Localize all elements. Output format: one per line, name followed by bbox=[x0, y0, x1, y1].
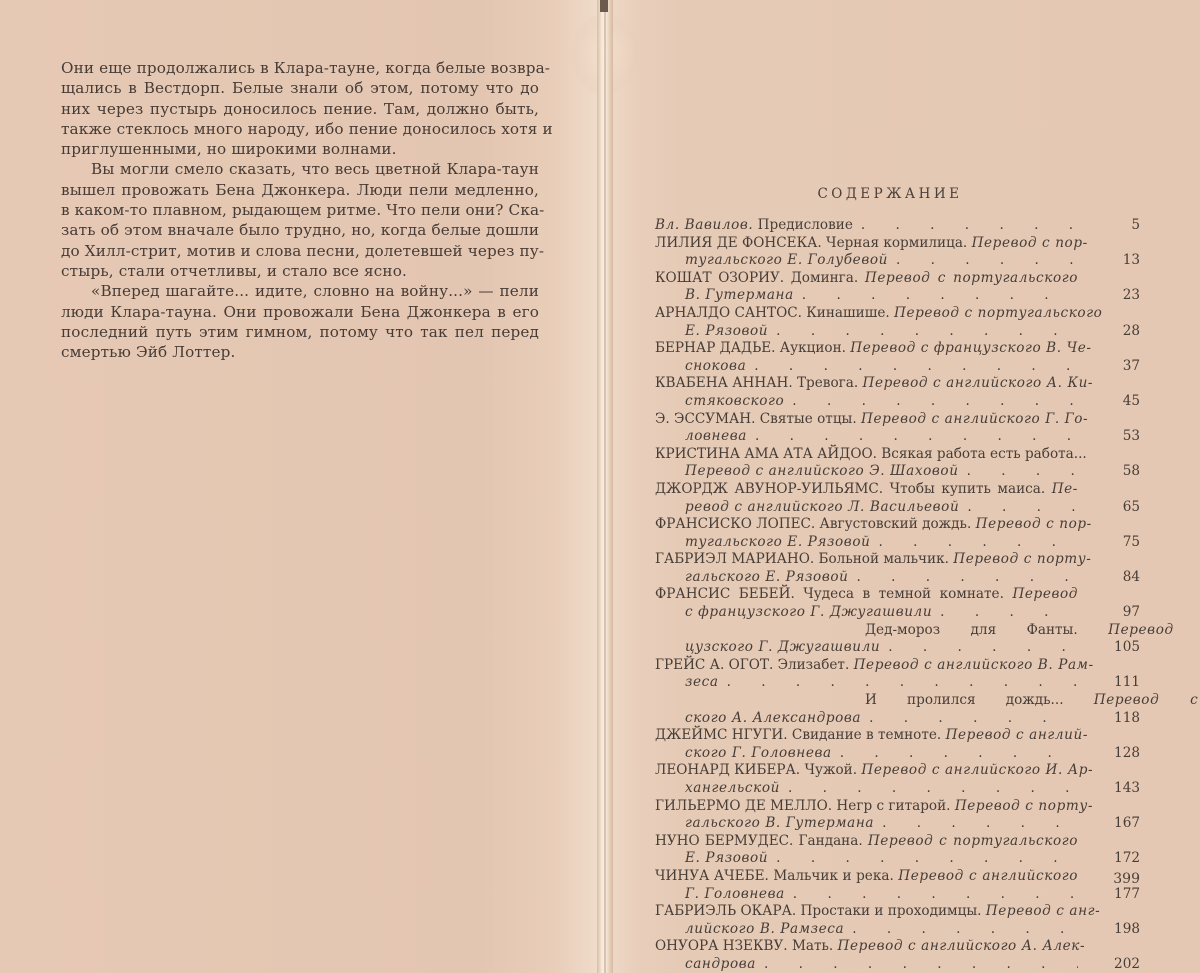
toc-line: ОНУОРА НЗЕКВУ. Мать. Перевод с английско… bbox=[655, 938, 1078, 956]
dot-leader: . . . . . . . . . . . . . . . . . . . . … bbox=[788, 780, 1078, 798]
dot-leader: . . . . . . . . . . . . . . . . . . . . … bbox=[940, 604, 1078, 622]
toc-translator: ловнева bbox=[685, 428, 747, 444]
toc-line: ГРЕЙС А. ОГОТ. Элизабет. Перевод с англи… bbox=[655, 657, 1078, 675]
dot-leader: . . . . . . . . . . . . . . . . . . . . … bbox=[754, 358, 1078, 376]
toc-translator: снокова bbox=[685, 358, 746, 374]
toc-line: КВАБЕНА АННАН. Тревога. Перевод с англий… bbox=[655, 375, 1078, 393]
toc-author-title: ОНУОРА НЗЕКВУ. Мать. bbox=[655, 938, 838, 954]
toc-page-number: 75 bbox=[1095, 534, 1140, 552]
toc-entry[interactable]: И пролился дождь... Перевод с англий-ско… bbox=[655, 692, 1140, 727]
toc-line: И пролился дождь... Перевод с англий- bbox=[655, 692, 1200, 710]
toc-line: Г. Головнева. . . . . . . . . . . . . . … bbox=[655, 886, 1140, 904]
toc-author-title: ЛЕОНАРД КИБЕРА. Чужой. bbox=[655, 762, 861, 778]
toc-line: гальского В. Гутермана. . . . . . . . . … bbox=[655, 815, 1140, 833]
toc-translator: Перевод с французского В. Че- bbox=[850, 340, 1091, 356]
toc-translator: Перевод с английского В. Рам- bbox=[854, 657, 1094, 673]
toc-translator: тугальского Е. Голубевой bbox=[685, 252, 888, 268]
toc-line: ГАБРИЭЛ МАРИАНО. Больной мальчик. Перево… bbox=[655, 551, 1078, 569]
toc-line: ского Г. Головнева. . . . . . . . . . . … bbox=[655, 745, 1140, 763]
dot-leader: . . . . . . . . . . . . . . . . . . . . … bbox=[882, 815, 1078, 833]
toc-page-number: 23 bbox=[1095, 287, 1140, 305]
dot-leader: . . . . . . . . . . . . . . . . . . . . … bbox=[802, 287, 1078, 305]
toc-translator: Перевод с пор- bbox=[972, 235, 1088, 251]
text-line: зать об этом вначале было трудно, но, ко… bbox=[61, 220, 539, 240]
toc-translator: Перевод с английского А. Алек- bbox=[838, 938, 1086, 954]
toc-translator: цузского Г. Джугашвили bbox=[685, 639, 880, 655]
text-line: до Хилл-стрит, мотив и слова песни, доле… bbox=[61, 241, 539, 261]
toc-line: хангельской. . . . . . . . . . . . . . .… bbox=[655, 780, 1140, 798]
paragraph: «Вперед шагайте... идите, словно на войн… bbox=[61, 281, 539, 362]
toc-translator: Перевод с анг- bbox=[986, 903, 1101, 919]
dot-leader: . . . . . . . . . . . . . . . . . . . . … bbox=[793, 886, 1078, 904]
toc-translator: Перевод с порту- bbox=[955, 798, 1093, 814]
toc-entry[interactable]: ГРЕЙС А. ОГОТ. Элизабет. Перевод с англи… bbox=[655, 657, 1140, 692]
text-line: приглушенными, но широкими волнами. bbox=[61, 139, 539, 159]
toc-translator: Перевод с английского Г. Го- bbox=[861, 411, 1088, 427]
toc-line: ЛЕОНАРД КИБЕРА. Чужой. Перевод с английс… bbox=[655, 762, 1078, 780]
toc-translator: стяковского bbox=[685, 393, 784, 409]
table-of-contents: Вл. Вавилов. Предисловие. . . . . . . . … bbox=[655, 217, 1140, 973]
toc-line: АРНАЛДО САНТОС. Кинашише. Перевод с порт… bbox=[655, 305, 1078, 323]
toc-author-title: ГРЕЙС А. ОГОТ. Элизабет. bbox=[655, 657, 854, 673]
toc-page-number: 84 bbox=[1095, 569, 1140, 587]
toc-entry[interactable]: Дед-мороз для Фанты. Перевод с фран-цузс… bbox=[655, 622, 1140, 657]
dot-leader: . . . . . . . . . . . . . . . . . . . . … bbox=[852, 921, 1078, 939]
toc-entry[interactable]: ЧИНУА АЧЕБЕ. Мальчик и река. Перевод с а… bbox=[655, 868, 1140, 903]
toc-translator: Перевод bbox=[1012, 586, 1078, 602]
toc-author-title: КОШАТ ОЗОРИУ. Доминга. bbox=[655, 270, 865, 286]
toc-line: В. Гутермана. . . . . . . . . . . . . . … bbox=[655, 287, 1140, 305]
toc-page-number: 5 bbox=[1095, 217, 1140, 235]
toc-author-title: ДЖЕЙМС НГУГИ. Свидание в темноте. bbox=[655, 727, 946, 743]
toc-page-number: 37 bbox=[1095, 358, 1140, 376]
toc-translator: ского Г. Головнева bbox=[685, 745, 832, 761]
dot-leader: . . . . . . . . . . . . . . . . . . . . … bbox=[967, 499, 1078, 517]
toc-author-title: ДЖОРДЖ АВУНОР-УИЛЬЯМС. Чтобы купить маис… bbox=[655, 481, 1052, 497]
toc-translator: гальского Е. Рязовой bbox=[685, 569, 848, 585]
toc-translator: Перевод с португальского bbox=[865, 270, 1078, 286]
toc-line: ГИЛЬЕРМО ДЕ МЕЛЛО. Негр с гитарой. Перев… bbox=[655, 798, 1078, 816]
toc-page-number: 198 bbox=[1095, 921, 1140, 939]
toc-line: ФРАНСИС БЕБЕЙ. Чудеса в темной комнате. … bbox=[655, 586, 1078, 604]
toc-line: стяковского. . . . . . . . . . . . . . .… bbox=[655, 393, 1140, 411]
toc-entry[interactable]: КРИСТИНА АМА АТА АЙДОО. Всякая работа ес… bbox=[655, 446, 1140, 481]
toc-line: Перевод с английского Э. Шаховой. . . . … bbox=[655, 463, 1140, 481]
toc-entry[interactable]: ГИЛЬЕРМО ДЕ МЕЛЛО. Негр с гитарой. Перев… bbox=[655, 798, 1140, 833]
toc-author-title: ЧИНУА АЧЕБЕ. Мальчик и река. bbox=[655, 868, 898, 884]
toc-translator: хангельской bbox=[685, 780, 780, 796]
text-line: последний путь этим гимном, потому что т… bbox=[61, 322, 539, 342]
toc-entry[interactable]: КВАБЕНА АННАН. Тревога. Перевод с англий… bbox=[655, 375, 1140, 410]
dot-leader: . . . . . . . . . . . . . . . . . . . . … bbox=[869, 710, 1078, 728]
toc-line: ФРАНСИСКО ЛОПЕС. Августовский дождь. Пер… bbox=[655, 516, 1078, 534]
toc-page-number: 172 bbox=[1095, 850, 1140, 868]
toc-author-title: ГАБРИЭЛ МАРИАНО. Больной мальчик. bbox=[655, 551, 953, 567]
toc-entry[interactable]: Вл. Вавилов. Предисловие. . . . . . . . … bbox=[655, 217, 1140, 235]
dot-leader: . . . . . . . . . . . . . . . . . . . . … bbox=[776, 323, 1078, 341]
toc-line: ДЖОРДЖ АВУНОР-УИЛЬЯМС. Чтобы купить маис… bbox=[655, 481, 1078, 499]
toc-page-number: 28 bbox=[1095, 323, 1140, 341]
paragraph: Вы могли смело сказать, что весь цветной… bbox=[61, 159, 539, 281]
toc-line: Е. Рязовой. . . . . . . . . . . . . . . … bbox=[655, 850, 1140, 868]
toc-page-number: 65 bbox=[1095, 499, 1140, 517]
toc-page-number: 118 bbox=[1095, 710, 1140, 728]
toc-entry[interactable]: ДЖЕЙМС НГУГИ. Свидание в темноте. Перево… bbox=[655, 727, 1140, 762]
spine-top-edge bbox=[600, 0, 608, 12]
text-line: «Вперед шагайте... идите, словно на войн… bbox=[61, 281, 539, 301]
toc-line: тугальского Е. Рязовой. . . . . . . . . … bbox=[655, 534, 1140, 552]
toc-line: КРИСТИНА АМА АТА АЙДОО. Всякая работа ес… bbox=[655, 446, 1078, 464]
toc-entry[interactable]: КОШАТ ОЗОРИУ. Доминга. Перевод с португа… bbox=[655, 270, 1140, 305]
toc-line: Вл. Вавилов. Предисловие. . . . . . . . … bbox=[655, 217, 1140, 235]
toc-line: ЛИЛИЯ ДЕ ФОНСЕКА. Черная кормилица. Пере… bbox=[655, 235, 1078, 253]
toc-line: лийского В. Рамзеса. . . . . . . . . . .… bbox=[655, 921, 1140, 939]
dot-leader: . . . . . . . . . . . . . . . . . . . . … bbox=[727, 674, 1078, 692]
toc-translator: Перевод с англий- bbox=[1094, 692, 1200, 708]
dot-leader: . . . . . . . . . . . . . . . . . . . . … bbox=[888, 639, 1078, 657]
dot-leader: . . . . . . . . . . . . . . . . . . . . … bbox=[967, 463, 1078, 481]
toc-line: ГАБРИЭЛЬ ОКАРА. Простаки и проходимцы. П… bbox=[655, 903, 1078, 921]
toc-line: сандрова. . . . . . . . . . . . . . . . … bbox=[655, 956, 1140, 973]
toc-entry[interactable]: ФРАНСИСКО ЛОПЕС. Августовский дождь. Пер… bbox=[655, 516, 1140, 551]
toc-author-title: И пролился дождь... bbox=[865, 692, 1094, 708]
toc-translator: Перевод с английского И. Ар- bbox=[861, 762, 1093, 778]
text-line: также стеклось много народу, ибо пение д… bbox=[61, 119, 539, 139]
toc-entry[interactable]: ГАБРИЭЛЬ ОКАРА. Простаки и проходимцы. П… bbox=[655, 903, 1140, 938]
toc-line: цузского Г. Джугашвили. . . . . . . . . … bbox=[655, 639, 1140, 657]
dot-leader: . . . . . . . . . . . . . . . . . . . . … bbox=[861, 217, 1078, 235]
book-spread: Они еще продолжались в Клара-тауне, когд… bbox=[0, 0, 1200, 973]
toc-translator: с французского Г. Джугашвили bbox=[685, 604, 932, 620]
toc-line: КОШАТ ОЗОРИУ. Доминга. Перевод с португа… bbox=[655, 270, 1078, 288]
text-line: щались в Вестдорп. Белые знали об этом, … bbox=[61, 78, 539, 98]
toc-line: ЧИНУА АЧЕБЕ. Мальчик и река. Перевод с а… bbox=[655, 868, 1078, 886]
toc-translator: Е. Рязовой bbox=[685, 850, 768, 866]
toc-translator: Перевод с португальского bbox=[868, 833, 1078, 849]
toc-translator: Г. Головнева bbox=[685, 886, 785, 902]
page-number: 399 bbox=[1113, 871, 1140, 887]
toc-page-number: 143 bbox=[1095, 780, 1140, 798]
toc-translator: Перевод с английского bbox=[898, 868, 1078, 884]
toc-translator: В. Гутермана bbox=[685, 287, 794, 303]
dot-leader: . . . . . . . . . . . . . . . . . . . . … bbox=[755, 428, 1078, 446]
dot-leader: . . . . . . . . . . . . . . . . . . . . … bbox=[840, 745, 1078, 763]
toc-entry[interactable]: ФРАНСИС БЕБЕЙ. Чудеса в темной комнате. … bbox=[655, 586, 1140, 621]
text-line: стырь, стали отчетливы, и стало все ясно… bbox=[61, 261, 539, 281]
toc-author-title: НУНО БЕРМУДЕС. Гандана. bbox=[655, 833, 868, 849]
toc-line: Е. Рязовой. . . . . . . . . . . . . . . … bbox=[655, 323, 1140, 341]
dot-leader: . . . . . . . . . . . . . . . . . . . . … bbox=[764, 956, 1078, 973]
toc-author-title: ЛИЛИЯ ДЕ ФОНСЕКА. Черная кормилица. bbox=[655, 235, 972, 251]
toc-author-title: Э. ЭССУМАН. Святые отцы. bbox=[655, 411, 861, 427]
toc-translator: гальского В. Гутермана bbox=[685, 815, 874, 831]
toc-page-number: 97 bbox=[1095, 604, 1140, 622]
toc-page-number: 167 bbox=[1095, 815, 1140, 833]
dot-leader: . . . . . . . . . . . . . . . . . . . . … bbox=[878, 534, 1078, 552]
dot-leader: . . . . . . . . . . . . . . . . . . . . … bbox=[776, 850, 1078, 868]
toc-author-title: ФРАНСИСКО ЛОПЕС. Августовский дождь. bbox=[655, 516, 976, 532]
toc-line: Э. ЭССУМАН. Святые отцы. Перевод с англи… bbox=[655, 411, 1078, 429]
toc-translator: Перевод с англий- bbox=[946, 727, 1089, 743]
toc-title: СОДЕРЖАНИЕ bbox=[660, 186, 1120, 202]
toc-entry[interactable]: БЕРНАР ДАДЬЕ. Аукцион. Перевод с француз… bbox=[655, 340, 1140, 375]
toc-author-title: АРНАЛДО САНТОС. Кинашише. bbox=[655, 305, 894, 321]
toc-translator: Перевод с португальского bbox=[894, 305, 1102, 321]
toc-line: снокова. . . . . . . . . . . . . . . . .… bbox=[655, 358, 1140, 376]
toc-page-number: 105 bbox=[1095, 639, 1140, 657]
text-line: смертью Эйб Лоттер. bbox=[61, 342, 539, 362]
toc-translator: ревод с английского Л. Васильевой bbox=[685, 499, 959, 515]
toc-page-number: 58 bbox=[1095, 463, 1140, 481]
toc-page-number: 202 bbox=[1095, 956, 1140, 973]
toc-author-title: БЕРНАР ДАДЬЕ. Аукцион. bbox=[655, 340, 850, 356]
toc-entry[interactable]: ОНУОРА НЗЕКВУ. Мать. Перевод с английско… bbox=[655, 938, 1140, 973]
toc-translator: Перевод с фран- bbox=[1108, 622, 1200, 638]
toc-author-title: ФРАНСИС БЕБЕЙ. Чудеса в темной комнате. bbox=[655, 586, 1012, 602]
text-line: в каком-то плавном, рыдающем ритме. Что … bbox=[61, 200, 539, 220]
text-line: Они еще продолжались в Клара-тауне, когд… bbox=[61, 58, 539, 78]
toc-entry[interactable]: ДЖОРДЖ АВУНОР-УИЛЬЯМС. Чтобы купить маис… bbox=[655, 481, 1140, 516]
text-line: вышел провожать Бена Джонкера. Люди пели… bbox=[61, 180, 539, 200]
toc-line: с французского Г. Джугашвили. . . . . . … bbox=[655, 604, 1140, 622]
toc-translator: Перевод с английского А. Ки- bbox=[863, 375, 1094, 391]
toc-line: ревод с английского Л. Васильевой. . . .… bbox=[655, 499, 1140, 517]
toc-page-number: 177 bbox=[1095, 886, 1140, 904]
toc-author-title: ГАБРИЭЛЬ ОКАРА. Простаки и проходимцы. bbox=[655, 903, 986, 919]
toc-translator: Е. Рязовой bbox=[685, 323, 768, 339]
dot-leader: . . . . . . . . . . . . . . . . . . . . … bbox=[856, 569, 1078, 587]
paragraph: Они еще продолжались в Клара-тауне, когд… bbox=[61, 58, 539, 159]
text-line: люди Клара-тауна. Они провожали Бена Джо… bbox=[61, 302, 539, 322]
toc-line: ловнева. . . . . . . . . . . . . . . . .… bbox=[655, 428, 1140, 446]
toc-entry[interactable]: НУНО БЕРМУДЕС. Гандана. Перевод с португ… bbox=[655, 833, 1140, 868]
toc-author-title: КРИСТИНА АМА АТА АЙДОО. Всякая работа ес… bbox=[655, 446, 1087, 462]
toc-page-number: 111 bbox=[1095, 674, 1140, 692]
toc-line: Дед-мороз для Фанты. Перевод с фран- bbox=[655, 622, 1200, 640]
toc-entry[interactable]: ЛЕОНАРД КИБЕРА. Чужой. Перевод с английс… bbox=[655, 762, 1140, 797]
toc-translator: Вл. Вавилов. bbox=[655, 217, 753, 233]
toc-line: ДЖЕЙМС НГУГИ. Свидание в темноте. Перево… bbox=[655, 727, 1078, 745]
toc-author-title: Дед-мороз для Фанты. bbox=[865, 622, 1108, 638]
toc-entry[interactable]: АРНАЛДО САНТОС. Кинашише. Перевод с порт… bbox=[655, 305, 1140, 340]
toc-page-number: 53 bbox=[1095, 428, 1140, 446]
toc-line: зеса. . . . . . . . . . . . . . . . . . … bbox=[655, 674, 1140, 692]
toc-page-number: 128 bbox=[1095, 745, 1140, 763]
toc-author-title: КВАБЕНА АННАН. Тревога. bbox=[655, 375, 863, 391]
toc-entry[interactable]: ЛИЛИЯ ДЕ ФОНСЕКА. Черная кормилица. Пере… bbox=[655, 235, 1140, 270]
toc-page-number: 45 bbox=[1095, 393, 1140, 411]
toc-translator: Перевод с английского Э. Шаховой bbox=[685, 463, 959, 479]
toc-entry[interactable]: Э. ЭССУМАН. Святые отцы. Перевод с англи… bbox=[655, 411, 1140, 446]
toc-translator: лийского В. Рамзеса bbox=[685, 921, 844, 937]
toc-translator: Перевод с порту- bbox=[953, 551, 1091, 567]
toc-page-number: 13 bbox=[1095, 252, 1140, 270]
toc-entry[interactable]: ГАБРИЭЛ МАРИАНО. Больной мальчик. Перево… bbox=[655, 551, 1140, 586]
toc-line: НУНО БЕРМУДЕС. Гандана. Перевод с португ… bbox=[655, 833, 1078, 851]
toc-translator: тугальского Е. Рязовой bbox=[685, 534, 870, 550]
dot-leader: . . . . . . . . . . . . . . . . . . . . … bbox=[792, 393, 1078, 411]
text-line: Вы могли смело сказать, что весь цветной… bbox=[61, 159, 539, 179]
toc-author-title: ГИЛЬЕРМО ДЕ МЕЛЛО. Негр с гитарой. bbox=[655, 798, 955, 814]
toc-line: БЕРНАР ДАДЬЕ. Аукцион. Перевод с француз… bbox=[655, 340, 1078, 358]
toc-translator: Пе- bbox=[1052, 481, 1078, 497]
toc-line: гальского Е. Рязовой. . . . . . . . . . … bbox=[655, 569, 1140, 587]
spine-crease bbox=[604, 0, 606, 973]
toc-translator: ского А. Александрова bbox=[685, 710, 861, 726]
left-page-prose: Они еще продолжались в Клара-тауне, когд… bbox=[61, 58, 539, 362]
dot-leader: . . . . . . . . . . . . . . . . . . . . … bbox=[896, 252, 1078, 270]
toc-translator: сандрова bbox=[685, 956, 756, 972]
toc-line: ского А. Александрова. . . . . . . . . .… bbox=[655, 710, 1140, 728]
toc-translator: зеса bbox=[685, 674, 719, 690]
toc-author-title: Предисловие bbox=[753, 217, 853, 233]
toc-line: тугальского Е. Голубевой. . . . . . . . … bbox=[655, 252, 1140, 270]
toc-translator: Перевод с пор- bbox=[976, 516, 1092, 532]
text-line: них через пустырь доносилось пение. Там,… bbox=[61, 99, 539, 119]
